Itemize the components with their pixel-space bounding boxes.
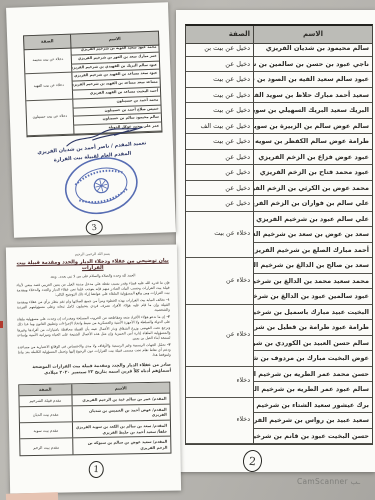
table-row-name: البريك سعيد البريك السهيلي بن سويد الفري… — [253, 103, 372, 119]
camscanner-watermark: CamScanner ـب — [297, 477, 360, 486]
table-row-name: برك عيشور سعيد الشتاء بن شرخيم الفريزي — [253, 398, 372, 414]
statement-items: ١- نخالف النيابة بيت الفرارات بهذه الخطو… — [17, 298, 171, 360]
table-row-name: المقدم/ عمر بن سالم عية بن الرخيم الفريز… — [71, 394, 169, 405]
right-table-body: سالم محيمود بن شديان الفريزيدخيل عن بيت … — [185, 41, 373, 445]
table-row-attr: مقدم بيت الديان — [20, 406, 72, 422]
table-row-name: المقدم/ سعد بن سالم بن الكعد بن سويد الف… — [72, 421, 171, 438]
table-row-attr: دخيل عن — [186, 165, 253, 181]
table-row-attr: مقدم قبيلة الشرخيم — [19, 395, 71, 406]
pink-paper-edge — [6, 492, 58, 500]
table-row-name: سعيد عبيد بن رواس بن شرخيم الفريزي — [253, 413, 372, 429]
table-row-attr: دخيل عن بيت — [186, 72, 253, 88]
table-row-name: عبود محمد فتاح بن الزخم الفريزي — [253, 165, 372, 181]
table-row-name: سالم حسن العبيد بن الكوردي بن شرخيم الفر… — [253, 336, 372, 352]
item-number: ٢- — [165, 315, 170, 319]
table-row-name: حسن محمد عمر الطريه بن شرخيم الفريزي — [253, 367, 372, 383]
table-row-name: علي سالم بن فواران بن الزخم الفريزي — [253, 196, 372, 212]
table-group-attr: دخلاء عن — [186, 258, 253, 305]
statement-item: ٢- إن ما ندعو هؤلاء الأفراد منعه ومقاطعت… — [17, 315, 170, 343]
statement-item: ٣- نحمّل الجهات الرسمية وغير الرسمية وال… — [18, 342, 171, 360]
table-row-attr: دخيل عن بيت — [186, 88, 253, 104]
table-row-attr: مقدم بيت الزخم — [20, 439, 72, 455]
table-row-name: محمد عوض بن الكرثي بن الزخم الفريزي — [253, 181, 372, 197]
page-number-circle-3: 3 — [85, 219, 104, 237]
table-row-name: عبود عوض فزاع بن الزخم الفريزي — [253, 150, 372, 166]
table-row-name: سعد بن عوض بن سعد بن شرخيم الفريزي — [253, 227, 372, 243]
table-row-name: سالم عبود عمر الطريه بن شرخيم الفريزي — [253, 382, 372, 398]
table-row-name: سالم عوض سالم بن الزبيرة بن سويد الفريزي — [253, 119, 372, 135]
table-row-name: محمد سعيد محمد بن الدالغ بن شرخيم الفريز… — [253, 274, 372, 290]
table-row-name: عوض البخيت مبارك بن مردوف بن شرخيم الفري… — [253, 351, 372, 367]
page-left-top-names-end: الاسم الصفة محمد عبود سعيد العوبة بن شرخ… — [6, 2, 176, 238]
statement-closing: صادر من عقلاء الديار والجدد ومقدمة قبيلة… — [18, 363, 171, 379]
bismillah-line: بسم الله الرحمن الرحيم — [16, 251, 169, 258]
table-row-attr: دخيل عن بيت — [186, 134, 253, 150]
table-row-name-line2: خلفاً/ سعيد أحمد بن حليظ الفريزي — [76, 429, 167, 436]
table-row-name: عبود سالم سعيد الفيه بن الصود بن شديان ا… — [253, 72, 372, 88]
table-row-name: أحمد مبارك الصلع بن شرخيم الفريزي — [253, 243, 372, 259]
item-number: ٣- — [166, 342, 171, 346]
table-row-name: طرامة عوض سالم الكفظر بن سويه الفريزي — [253, 134, 372, 150]
table-row-name: ناجي عبود بن حسن بن سالمين بن شديان الفر… — [253, 57, 372, 73]
table-group-attr: دخلاء عن بيت محيمد — [24, 47, 71, 75]
red-edge-mark — [0, 321, 3, 328]
muqaddam-header-attr: الصفة — [19, 384, 71, 395]
table-row-name: المقدم/ سعيد عوض بن سالم بن سبوكه بن الز… — [72, 437, 171, 454]
table-row-attr: دخيل عن — [186, 181, 253, 197]
table-group-attr: دخلاء — [186, 367, 253, 398]
table-row-attr: مقدم بيت سويد — [20, 422, 72, 438]
table-row-name: عبود سالمين عبود بن الدالغ بن شرخيم الفر… — [253, 289, 372, 305]
table-row-name: سعد بن صالح بن الدالغ بن شرخيم الفريزي — [253, 258, 372, 274]
table-row-name: سالم محيمود بن شديان الفريزي — [253, 41, 372, 57]
item-number: ١- — [165, 298, 170, 302]
page-right-names-list: الاسم الصفة سالم محيمود بن شديان الفريزي… — [176, 10, 375, 472]
table-group-attr: دخلاء عن — [186, 305, 253, 367]
statement-item: ١- نخالف النيابة بيت الفرارات بهذه الخطو… — [17, 298, 170, 316]
page-number-circle-2: 2 — [242, 449, 263, 473]
table-row-attr: دخيل عن بيت بن — [186, 41, 253, 57]
table-row: المقدم/ سعيد عوض بن سالم بن سبوكه بن الز… — [20, 437, 170, 455]
table-row-attr: دخيل عن بيت — [186, 103, 253, 119]
page-left-bottom-statement: بسم الله الرحمن الرحيم بيان توضيحي من عق… — [6, 245, 181, 494]
table-row-name: البخيت عبيد مبارك باسميل بن شرخيم الفريز… — [253, 305, 372, 321]
left1-table-body: محمد عبود سعيد العوبة بن شرخيم الفريزيعم… — [23, 44, 162, 138]
table-row-attr: دخيل عن — [186, 196, 253, 212]
page-number-circle-1: 1 — [88, 460, 104, 478]
muqaddam-table: الاسم الصفة المقدم/ عمر بن سالم عية بن ا… — [18, 381, 171, 456]
statement-title: بيان توضيحي من عقلاء ودخلاء الديار والجد… — [16, 258, 169, 273]
table-group-attr: دخلاء عن بيت الفهيد — [25, 73, 72, 101]
muqaddam-header-name: الاسم — [71, 382, 169, 394]
table-row-name: سعيد أحمد مبارك حلاظ بن سويد الفريزي — [253, 88, 372, 104]
table-row-name: طرامة عبود طرامة بن قطيل بن شرخيم الفريز… — [253, 320, 372, 336]
salutation-line: الحمد لله وحده والصلاة والسلام على من لا… — [16, 273, 169, 280]
table-row-attr: دخيل عن بيت الف — [186, 119, 253, 135]
table-row-attr: دخيل عن — [186, 150, 253, 166]
table-group-attr: دخلاء — [186, 398, 253, 445]
table-row-name: حسن البخيت عبود بن قانم بن شرخيم الفريزي — [253, 429, 372, 445]
statement-intro: فإن ما قدره الله عليه قضاء وقدر بسبب نقط… — [16, 281, 169, 299]
table-row-name: المقدم/ عوض أحمد بن الخميس بن شديان الفر… — [71, 404, 170, 421]
table-row-name: علي سالم عبود بن شرخيم الفريزي — [253, 212, 372, 228]
table-row-attr: دخيل عن — [186, 57, 253, 73]
table-group-attr: دخلاء عن بيت — [186, 212, 253, 259]
